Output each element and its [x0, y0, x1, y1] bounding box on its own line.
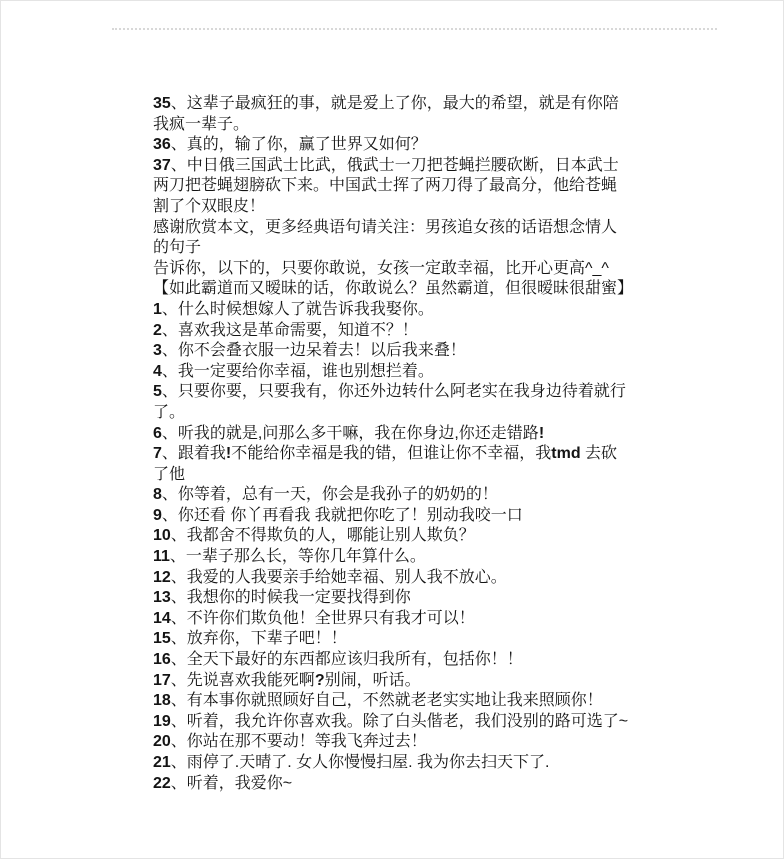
- bold-text-run: 1: [153, 301, 162, 318]
- paragraph: 10、我都舍不得欺负的人，哪能让别人欺负？: [153, 526, 673, 547]
- text-run: 、听着，我爱你~: [171, 775, 292, 792]
- bold-text-run: 3: [153, 342, 162, 359]
- paragraph: 14、不许你们欺负他！全世界只有我才可以！: [153, 609, 673, 630]
- text-run: 、你不会叠衣服一边呆着去！以后我来叠！: [162, 342, 466, 359]
- text-run: 、你还看 你丫再看我 我就把你吃了！别动我咬一口: [162, 507, 523, 524]
- paragraph: 9、你还看 你丫再看我 我就把你吃了！别动我咬一口: [153, 506, 673, 527]
- text-run: 、听我的就是,问那么多干嘛，我在你身边,你还走错路: [162, 425, 539, 442]
- bold-text-run: tmd: [551, 445, 580, 462]
- bold-text-run: 7: [153, 445, 162, 462]
- text-run: 、跟着我: [162, 445, 226, 462]
- text-run: 、你站在那不要动！等我飞奔过去！: [171, 733, 427, 750]
- bold-text-run: 9: [153, 507, 162, 524]
- bold-text-run: 6: [153, 425, 162, 442]
- paragraph: 5、只要你要，只要我有，你还外边转什么阿老实在我身边待着就行 了。: [153, 382, 673, 423]
- paragraph: 37、中日俄三国武士比武，俄武士一刀把苍蝇拦腰砍断，日本武士 两刀把苍蝇翅膀砍下…: [153, 156, 673, 218]
- paragraph: 21、雨停了.天晴了. 女人你慢慢扫屋. 我为你去扫天下了.: [153, 753, 673, 774]
- bold-text-run: !: [539, 425, 544, 442]
- dotted-divider: [112, 28, 717, 30]
- text-run: 、听着，我允许你喜欢我。除了白头偕老，我们没别的路可选了~: [171, 713, 628, 730]
- document-page: 35、这辈子最疯狂的事，就是爱上了你，最大的希望，就是有你陪 我疯一辈子。36、…: [0, 0, 784, 859]
- bold-text-run: 2: [153, 322, 162, 339]
- text-run: 、先说喜欢我能死啊: [171, 672, 315, 689]
- paragraph: 13、我想你的时候我一定要找得到你: [153, 588, 673, 609]
- bold-text-run: 5: [153, 383, 162, 400]
- paragraph: 22、听着，我爱你~: [153, 774, 673, 795]
- paragraph: 7、跟着我!不能给你幸福是我的错，但谁让你不幸福，我tmd 去砍 了他: [153, 444, 673, 485]
- text-run: 、这辈子最疯狂的事，就是爱上了你，最大的希望，就是有你陪 我疯一辈子。: [153, 95, 619, 133]
- paragraph: 感谢欣赏本文，更多经典语句请关注：男孩追女孩的话语想念情人 的句子: [153, 218, 673, 259]
- text-run: 、雨停了.天晴了. 女人你慢慢扫屋. 我为你去扫天下了.: [171, 754, 550, 771]
- text-run: 、放弃你，下辈子吧！！: [171, 630, 347, 647]
- bold-text-run: 17: [153, 672, 171, 689]
- paragraph: 20、你站在那不要动！等我飞奔过去！: [153, 732, 673, 753]
- text-run: 、什么时候想嫁人了就告诉我我娶你。: [162, 301, 434, 318]
- text-run: 告诉你，以下的，只要你敢说，女孩一定敢幸福，比开心更高^_^: [153, 260, 609, 277]
- paragraph: 18、有本事你就照顾好自己，不然就老老实实地让我来照顾你！: [153, 691, 673, 712]
- bold-text-run: 37: [153, 157, 171, 174]
- text-run: 、我想你的时候我一定要找得到你: [171, 589, 411, 606]
- text-run: 【如此霸道而又暧昧的话，你敢说么？虽然霸道，但很暧昧很甜蜜】: [153, 280, 633, 297]
- bold-text-run: 11: [153, 548, 170, 565]
- bold-text-run: 13: [153, 589, 171, 606]
- bold-text-run: ?: [315, 672, 325, 689]
- bold-text-run: 19: [153, 713, 171, 730]
- text-run: 别闹，听话。: [325, 672, 421, 689]
- bold-text-run: 16: [153, 651, 171, 668]
- bold-text-run: 21: [153, 754, 171, 771]
- bold-text-run: 14: [153, 610, 171, 627]
- bold-text-run: 35: [153, 95, 171, 112]
- paragraph: 3、你不会叠衣服一边呆着去！以后我来叠！: [153, 341, 673, 362]
- text-run: 、你等着，总有一天，你会是我孙子的奶奶的！: [162, 486, 498, 503]
- text-run: 、我爱的人我要亲手给她幸福、别人我不放心。: [171, 569, 507, 586]
- paragraph: 16、全天下最好的东西都应该归我所有，包括你！！: [153, 650, 673, 671]
- bold-text-run: 20: [153, 733, 171, 750]
- bold-text-run: 15: [153, 630, 171, 647]
- paragraph: 17、先说喜欢我能死啊?别闹，听话。: [153, 671, 673, 692]
- paragraph: 35、这辈子最疯狂的事，就是爱上了你，最大的希望，就是有你陪 我疯一辈子。: [153, 94, 673, 135]
- bold-text-run: 12: [153, 569, 171, 586]
- paragraph: 36、真的，输了你，赢了世界又如何？: [153, 135, 673, 156]
- paragraph: 12、我爱的人我要亲手给她幸福、别人我不放心。: [153, 568, 673, 589]
- text-run: 、只要你要，只要我有，你还外边转什么阿老实在我身边待着就行 了。: [153, 383, 626, 421]
- text-run: 、全天下最好的东西都应该归我所有，包括你！！: [171, 651, 523, 668]
- paragraph: 2、喜欢我这是革命需要，知道不？！: [153, 321, 673, 342]
- text-run: 不能给你幸福是我的错，但谁让你不幸福，我: [231, 445, 551, 462]
- paragraph: 19、听着，我允许你喜欢我。除了白头偕老，我们没别的路可选了~: [153, 712, 673, 733]
- text-run: 、我都舍不得欺负的人，哪能让别人欺负？: [171, 527, 475, 544]
- bold-text-run: 36: [153, 136, 171, 153]
- paragraph: 1、什么时候想嫁人了就告诉我我娶你。: [153, 300, 673, 321]
- document-body: 35、这辈子最疯狂的事，就是爱上了你，最大的希望，就是有你陪 我疯一辈子。36、…: [153, 94, 673, 794]
- text-run: 、有本事你就照顾好自己，不然就老老实实地让我来照顾你！: [171, 692, 603, 709]
- text-run: 、一辈子那么长，等你几年算什么。: [170, 548, 426, 565]
- text-run: 、喜欢我这是革命需要，知道不？！: [162, 322, 418, 339]
- text-run: 、中日俄三国武士比武，俄武士一刀把苍蝇拦腰砍断，日本武士 两刀把苍蝇翅膀砍下来。…: [153, 157, 619, 215]
- text-run: 、我一定要给你幸福，谁也别想拦着。: [162, 363, 434, 380]
- paragraph: 4、我一定要给你幸福，谁也别想拦着。: [153, 362, 673, 383]
- paragraph: 【如此霸道而又暧昧的话，你敢说么？虽然霸道，但很暧昧很甜蜜】: [153, 279, 673, 300]
- text-run: 感谢欣赏本文，更多经典语句请关注：男孩追女孩的话语想念情人 的句子: [153, 219, 617, 257]
- paragraph: 告诉你，以下的，只要你敢说，女孩一定敢幸福，比开心更高^_^: [153, 259, 673, 280]
- text-run: 、真的，输了你，赢了世界又如何？: [171, 136, 427, 153]
- bold-text-run: 8: [153, 486, 162, 503]
- bold-text-run: 22: [153, 775, 171, 792]
- paragraph: 11、一辈子那么长，等你几年算什么。: [153, 547, 673, 568]
- bold-text-run: 18: [153, 692, 171, 709]
- bold-text-run: 4: [153, 363, 162, 380]
- text-run: 、不许你们欺负他！全世界只有我才可以！: [171, 610, 475, 627]
- paragraph: 6、听我的就是,问那么多干嘛，我在你身边,你还走错路!: [153, 424, 673, 445]
- paragraph: 15、放弃你，下辈子吧！！: [153, 629, 673, 650]
- paragraph: 8、你等着，总有一天，你会是我孙子的奶奶的！: [153, 485, 673, 506]
- bold-text-run: 10: [153, 527, 171, 544]
